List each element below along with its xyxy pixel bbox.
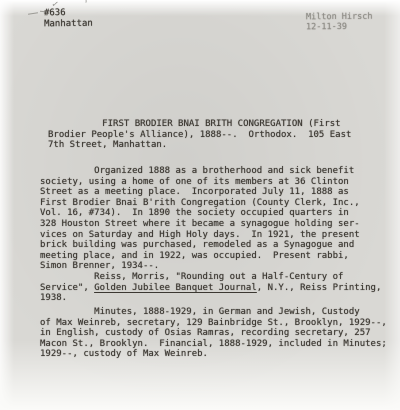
surveyor-block: Milton Hirsch12-11-39 <box>306 12 373 32</box>
scanned-document: ✓ ’ #636Manhattan Milton Hirsch12-11-39 … <box>0 0 400 410</box>
journal-title-underlined: Golden Jubilee Banquet Journal <box>94 283 257 293</box>
file-number-and-borough: #636Manhattan <box>44 8 93 30</box>
pencil-mark-icon <box>28 12 38 14</box>
borough-label: Manhattan <box>44 18 93 29</box>
bibliography-paragraph: Reiss, Morris, "Rounding out a Half-Cent… <box>40 272 381 304</box>
file-number: #636 <box>44 8 66 18</box>
survey-date: 12-11-39 <box>306 22 347 32</box>
records-paragraph: Minutes, 1888-1929, in German and Jewish… <box>40 307 387 360</box>
history-paragraph: Organized 1888 as a brotherhood and sick… <box>40 166 360 272</box>
surveyor-name: Milton Hirsch <box>306 12 373 22</box>
congregation-title: FIRST BRODIER BNAI BRITH CONGREGATION (F… <box>48 119 351 151</box>
